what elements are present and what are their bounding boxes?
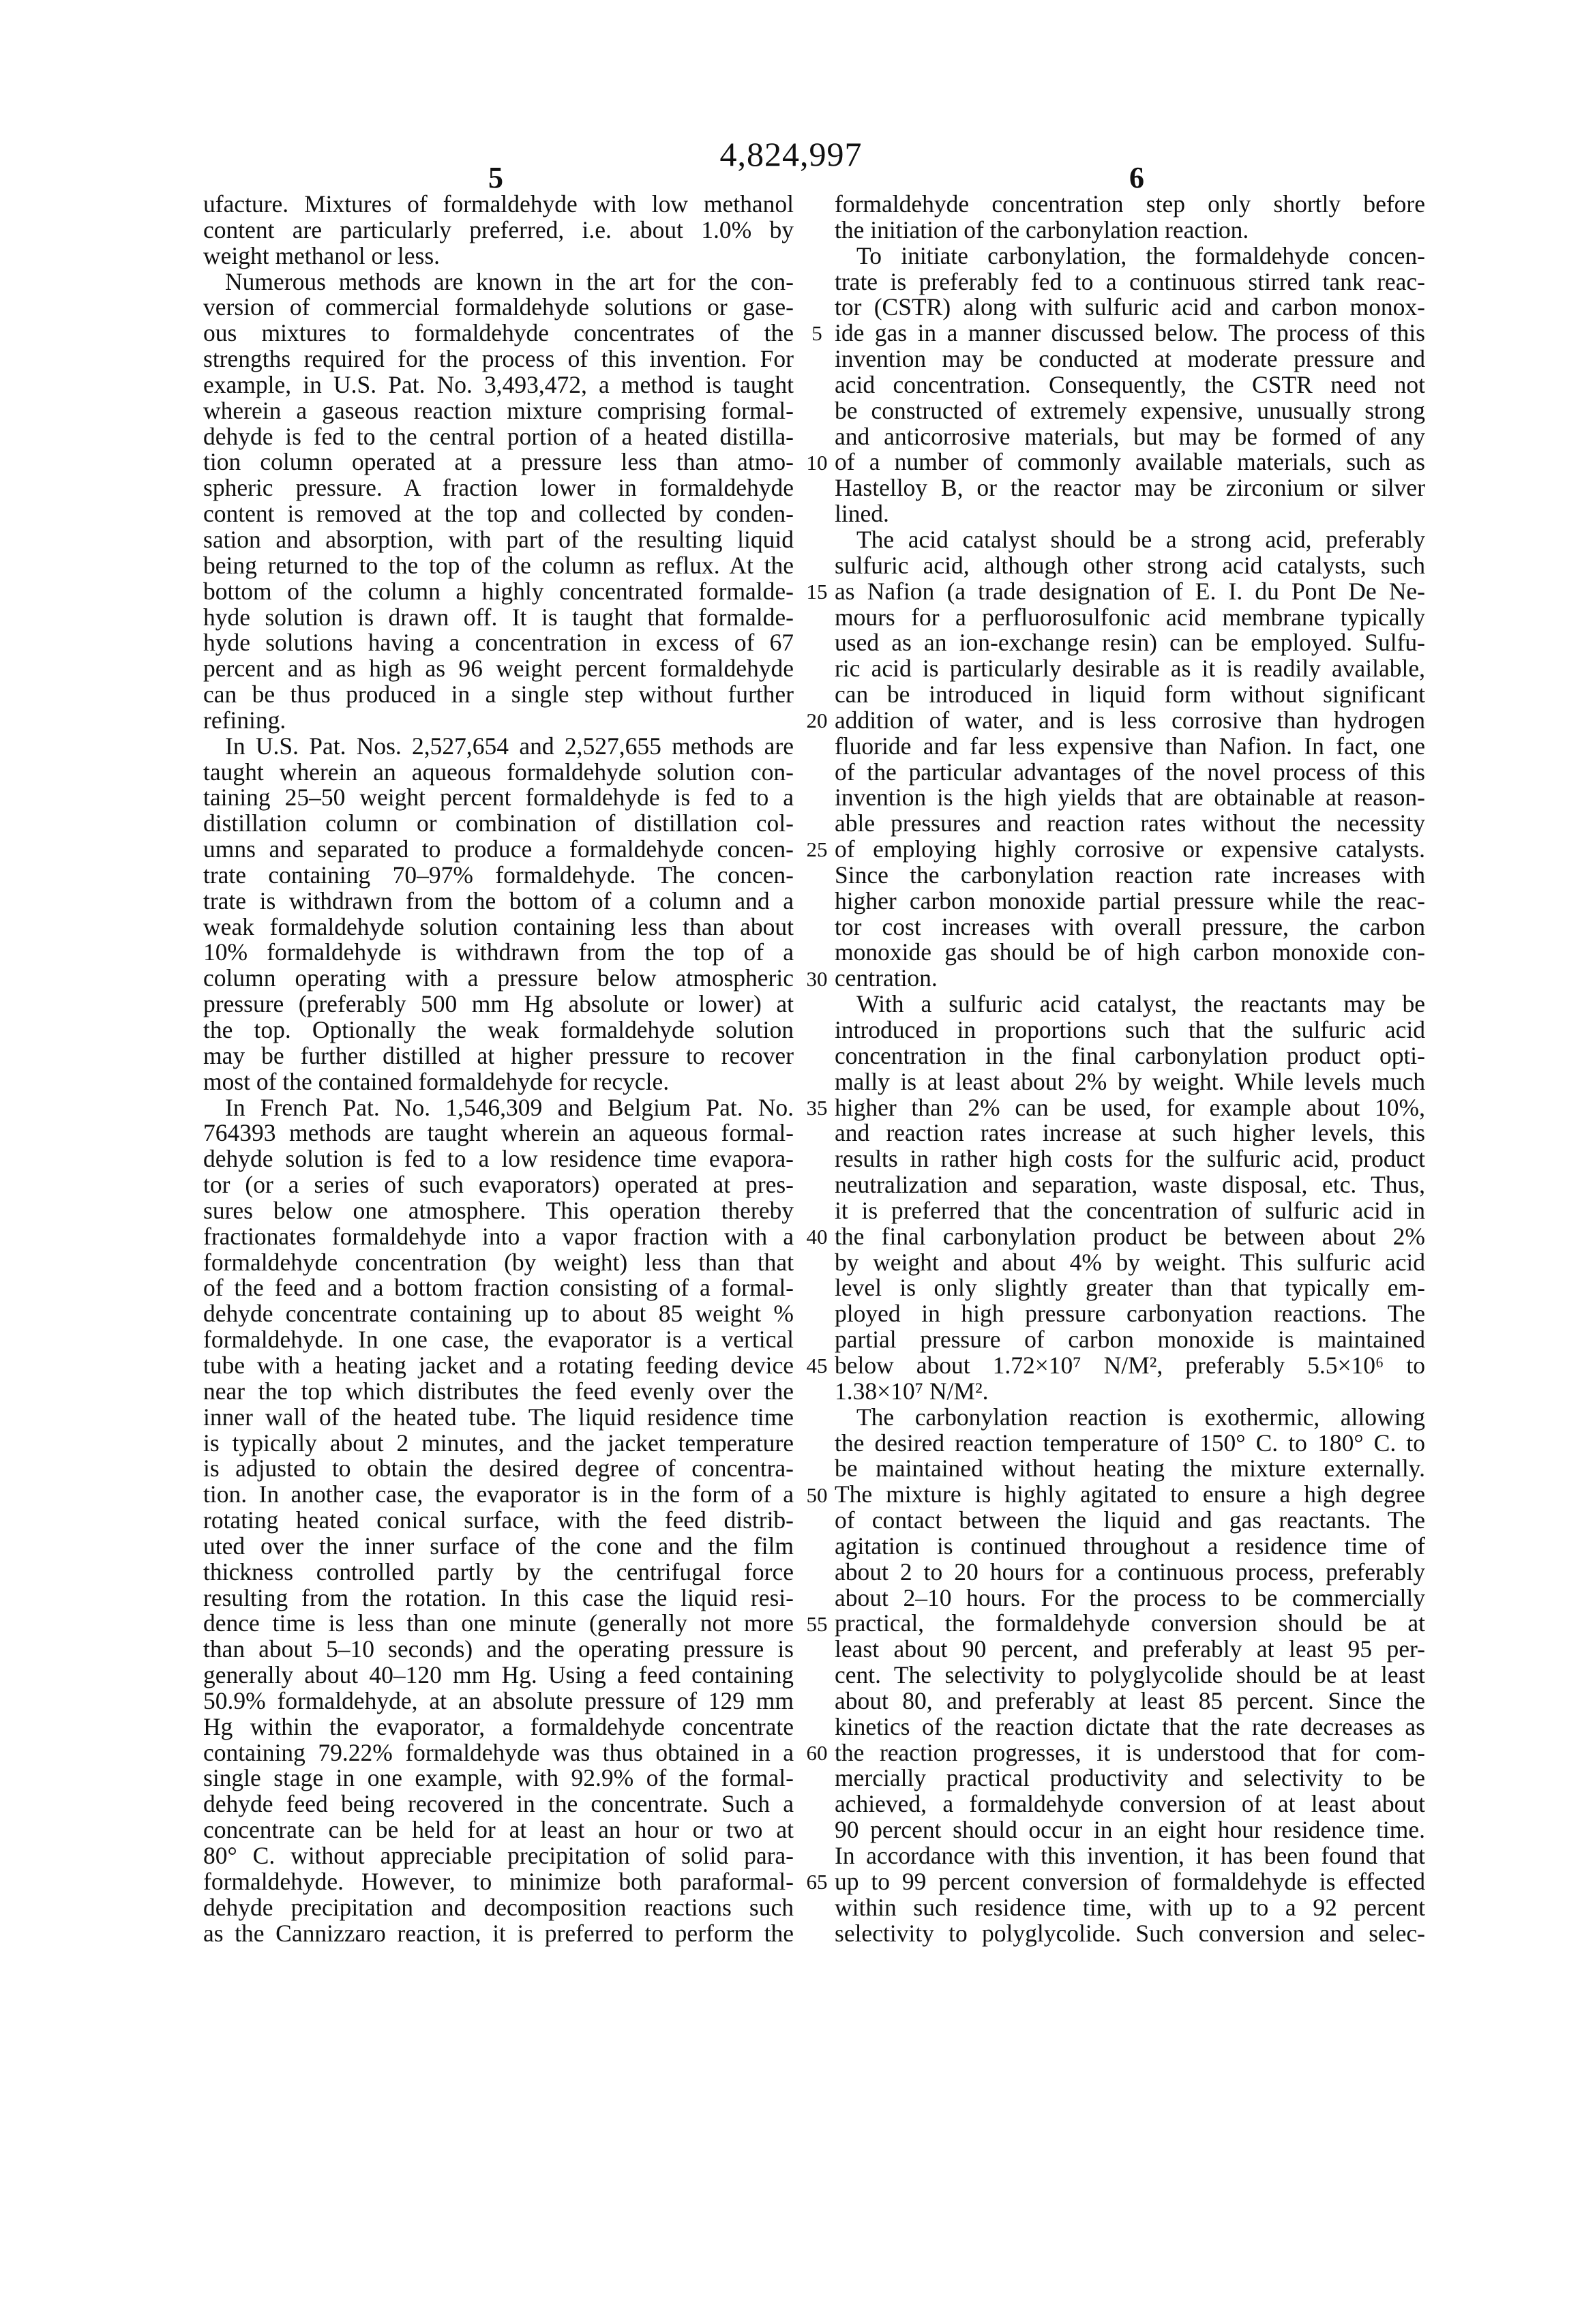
text-line: strengths required for the process of th… (203, 346, 794, 372)
text-line: Hg within the evaporator, a formaldehyde… (203, 1714, 794, 1740)
text-line: formaldehyde. In one case, the evaporato… (203, 1327, 794, 1353)
text-line: of a number of commonly available materi… (835, 449, 1425, 475)
text-line: the top. Optionally the weak formaldehyd… (203, 1017, 794, 1043)
text-line: taining 25–50 weight percent formaldehyd… (203, 785, 794, 811)
text-line: it is preferred that the concentration o… (835, 1198, 1425, 1224)
text-line: Numerous methods are known in the art fo… (203, 269, 794, 295)
text-line: 50.9% formaldehyde, at an absolute press… (203, 1688, 794, 1714)
text-line: the reaction progresses, it is understoo… (835, 1740, 1425, 1766)
text-line: neutralization and separation, waste dis… (835, 1172, 1425, 1198)
text-line: achieved, a formaldehyde conversion of a… (835, 1791, 1425, 1817)
text-line: tube with a heating jacket and a rotatin… (203, 1353, 794, 1379)
text-line: fractionates formaldehyde into a vapor f… (203, 1224, 794, 1250)
text-line: up to 99 percent conversion of formaldeh… (835, 1869, 1425, 1895)
text-line: sation and absorption, with part of the … (203, 527, 794, 553)
text-line: fluoride and far less expensive than Naf… (835, 734, 1425, 760)
text-line: sures below one atmosphere. This operati… (203, 1198, 794, 1224)
text-line: dehyde concentrate containing up to abou… (203, 1301, 794, 1327)
text-line: dence time is less than one minute (gene… (203, 1611, 794, 1637)
text-line: spheric pressure. A fraction lower in fo… (203, 475, 794, 501)
text-line: level is only slightly greater than that… (835, 1275, 1425, 1301)
line-number: 55 (803, 1611, 831, 1637)
text-line: trate is preferably fed to a continuous … (835, 269, 1425, 295)
text-line: 90 percent should occur in an eight hour… (835, 1817, 1425, 1843)
text-line: formaldehyde concentration step only sho… (835, 192, 1425, 218)
text-line: In U.S. Pat. Nos. 2,527,654 and 2,527,65… (203, 734, 794, 760)
line-number: 20 (803, 708, 831, 734)
right-text-column: formaldehyde concentration step only sho… (835, 192, 1425, 1946)
text-line: and reaction rates increase at such high… (835, 1120, 1425, 1146)
text-line: dehyde solution is fed to a low residenc… (203, 1146, 794, 1172)
text-line: of employing highly corrosive or expensi… (835, 837, 1425, 863)
text-line: content are particularly preferred, i.e.… (203, 218, 794, 243)
text-line: sulfuric acid, although other strong aci… (835, 553, 1425, 579)
text-line: refining. (203, 708, 794, 734)
text-line: acid concentration. Consequently, the CS… (835, 372, 1425, 398)
text-line: percent and as high as 96 weight percent… (203, 656, 794, 682)
text-line: pressure (preferably 500 mm Hg absolute … (203, 992, 794, 1017)
text-line: 1.38×10⁷ N/M². (835, 1379, 1425, 1405)
line-number: 45 (803, 1353, 831, 1379)
text-line: tor (or a series of such evaporators) op… (203, 1172, 794, 1198)
text-line: In accordance with this invention, it ha… (835, 1843, 1425, 1869)
text-line: able pressures and reaction rates withou… (835, 811, 1425, 837)
text-line: practical, the formaldehyde conversion s… (835, 1611, 1425, 1637)
text-line: invention may be conducted at moderate p… (835, 346, 1425, 372)
text-line: tor cost increases with overall pressure… (835, 914, 1425, 940)
line-number: 60 (803, 1740, 831, 1766)
text-line: ric acid is particularly desirable as it… (835, 656, 1425, 682)
text-line: most of the contained formaldehyde for r… (203, 1069, 794, 1095)
text-line: be constructed of extremely expensive, u… (835, 398, 1425, 424)
text-line: hyde solution is drawn off. It is taught… (203, 605, 794, 631)
line-number: 40 (803, 1224, 831, 1250)
text-line: resulting from the rotation. In this cas… (203, 1585, 794, 1611)
text-line: column operating with a pressure below a… (203, 966, 794, 992)
text-line: mally is at least about 2% by weight. Wh… (835, 1069, 1425, 1095)
text-line: agitation is continued throughout a resi… (835, 1534, 1425, 1560)
text-line: distillation column or combination of di… (203, 811, 794, 837)
text-line: rotating heated conical surface, with th… (203, 1508, 794, 1534)
line-number: 30 (803, 966, 831, 992)
text-line: monoxide gas should be of high carbon mo… (835, 940, 1425, 966)
text-line: used as an ion-exchange resin) can be em… (835, 630, 1425, 656)
text-line: about 2 to 20 hours for a continuous pro… (835, 1560, 1425, 1585)
line-number: 25 (803, 837, 831, 863)
text-line: trate containing 70–97% formaldehyde. Th… (203, 863, 794, 889)
text-line: higher than 2% can be used, for example … (835, 1095, 1425, 1121)
text-line: of the feed and a bottom fraction consis… (203, 1275, 794, 1301)
text-line: trate is withdrawn from the bottom of a … (203, 889, 794, 914)
text-line: below about 1.72×10⁷ N/M², preferably 5.… (835, 1353, 1425, 1379)
text-line: of contact between the liquid and gas re… (835, 1508, 1425, 1534)
text-line: cent. The selectivity to polyglycolide s… (835, 1663, 1425, 1688)
text-line: by weight and about 4% by weight. This s… (835, 1250, 1425, 1276)
text-line: may be further distilled at higher press… (203, 1043, 794, 1069)
text-line: With a sulfuric acid catalyst, the react… (835, 992, 1425, 1017)
text-line: 80° C. without appreciable precipitation… (203, 1843, 794, 1869)
text-line: the initiation of the carbonylation reac… (835, 218, 1425, 243)
text-line: the final carbonylation product be betwe… (835, 1224, 1425, 1250)
text-line: within such residence time, with up to a… (835, 1895, 1425, 1921)
text-line: kinetics of the reaction dictate that th… (835, 1714, 1425, 1740)
text-line: In French Pat. No. 1,546,309 and Belgium… (203, 1095, 794, 1121)
text-line: uted over the inner surface of the cone … (203, 1534, 794, 1560)
line-number: 15 (803, 579, 831, 605)
text-line: about 80, and preferably at least 85 per… (835, 1688, 1425, 1714)
text-line: example, in U.S. Pat. No. 3,493,472, a m… (203, 372, 794, 398)
text-line: is adjusted to obtain the desired degree… (203, 1456, 794, 1482)
text-line: Since the carbonylation reaction rate in… (835, 863, 1425, 889)
text-line: and anticorrosive materials, but may be … (835, 424, 1425, 450)
text-line: of the particular advantages of the nove… (835, 760, 1425, 786)
text-line: containing 79.22% formaldehyde was thus … (203, 1740, 794, 1766)
text-line: as Nafion (a trade designation of E. I. … (835, 579, 1425, 605)
text-line: as the Cannizzaro reaction, it is prefer… (203, 1921, 794, 1947)
text-line: addition of water, and is less corrosive… (835, 708, 1425, 734)
text-line: than about 5–10 seconds) and the operati… (203, 1637, 794, 1663)
text-line: is typically about 2 minutes, and the ja… (203, 1431, 794, 1457)
text-line: formaldehyde concentration (by weight) l… (203, 1250, 794, 1276)
line-number: 65 (803, 1869, 831, 1895)
text-line: mercially practical productivity and sel… (835, 1766, 1425, 1791)
left-text-column: ufacture. Mixtures of formaldehyde with … (203, 192, 794, 1946)
text-line: mours for a perfluorosulfonic acid membr… (835, 605, 1425, 631)
text-line: taught wherein an aqueous formaldehyde s… (203, 760, 794, 786)
text-line: umns and separated to produce a formalde… (203, 837, 794, 863)
text-line: being returned to the top of the column … (203, 553, 794, 579)
text-line: invention is the high yields that are ob… (835, 785, 1425, 811)
line-number: 5 (803, 321, 831, 346)
text-line: version of commercial formaldehyde solut… (203, 295, 794, 321)
text-line: 10% formaldehyde is withdrawn from the t… (203, 940, 794, 966)
text-line: partial pressure of carbon monoxide is m… (835, 1327, 1425, 1353)
text-line: content is removed at the top and collec… (203, 501, 794, 527)
text-line: dehyde feed being recovered in the conce… (203, 1791, 794, 1817)
text-line: tion column operated at a pressure less … (203, 449, 794, 475)
text-line: lined. (835, 501, 1425, 527)
patent-number: 4,824,997 (0, 134, 1582, 175)
text-line: 764393 methods are taught wherein an aqu… (203, 1120, 794, 1146)
text-line: bottom of the column a highly concentrat… (203, 579, 794, 605)
text-line: tor (CSTR) along with sulfuric acid and … (835, 295, 1425, 321)
text-line: The acid catalyst should be a strong aci… (835, 527, 1425, 553)
text-line: The carbonylation reaction is exothermic… (835, 1405, 1425, 1431)
text-line: higher carbon monoxide partial pressure … (835, 889, 1425, 914)
line-number: 10 (803, 450, 831, 476)
text-line: centration. (835, 966, 1425, 992)
text-line: weak formaldehyde solution containing le… (203, 914, 794, 940)
text-line: ide gas in a manner discussed below. The… (835, 321, 1425, 346)
text-line: dehyde precipitation and decomposition r… (203, 1895, 794, 1921)
text-line: single stage in one example, with 92.9% … (203, 1766, 794, 1791)
line-number: 35 (803, 1095, 831, 1121)
text-line: ufacture. Mixtures of formaldehyde with … (203, 192, 794, 218)
text-line: dehyde is fed to the central portion of … (203, 424, 794, 450)
text-line: results in rather high costs for the sul… (835, 1146, 1425, 1172)
text-line: Hastelloy B, or the reactor may be zirco… (835, 475, 1425, 501)
text-line: thickness controlled partly by the centr… (203, 1560, 794, 1585)
text-line: tion. In another case, the evaporator is… (203, 1482, 794, 1508)
text-line: least about 90 percent, and preferably a… (835, 1637, 1425, 1663)
text-line: can be thus produced in a single step wi… (203, 682, 794, 708)
text-line: ployed in high pressure carbonyation rea… (835, 1301, 1425, 1327)
text-line: wherein a gaseous reaction mixture compr… (203, 398, 794, 424)
text-line: near the top which distributes the feed … (203, 1379, 794, 1405)
text-line: concentration in the final carbonylation… (835, 1043, 1425, 1069)
line-number: 50 (803, 1483, 831, 1508)
text-line: can be introduced in liquid form without… (835, 682, 1425, 708)
text-line: concentrate can be held for at least an … (203, 1817, 794, 1843)
text-line: be maintained without heating the mixtur… (835, 1456, 1425, 1482)
text-line: formaldehyde. However, to minimize both … (203, 1869, 794, 1895)
text-line: inner wall of the heated tube. The liqui… (203, 1405, 794, 1431)
text-line: To initiate carbonylation, the formaldeh… (835, 243, 1425, 269)
text-line: hyde solutions having a concentration in… (203, 630, 794, 656)
text-line: ous mixtures to formaldehyde concentrate… (203, 321, 794, 346)
text-line: generally about 40–120 mm Hg. Using a fe… (203, 1663, 794, 1688)
text-line: introduced in proportions such that the … (835, 1017, 1425, 1043)
text-line: the desired reaction temperature of 150°… (835, 1431, 1425, 1457)
text-line: selectivity to polyglycolide. Such conve… (835, 1921, 1425, 1947)
text-line: about 2–10 hours. For the process to be … (835, 1585, 1425, 1611)
text-line: weight methanol or less. (203, 243, 794, 269)
text-line: The mixture is highly agitated to ensure… (835, 1482, 1425, 1508)
